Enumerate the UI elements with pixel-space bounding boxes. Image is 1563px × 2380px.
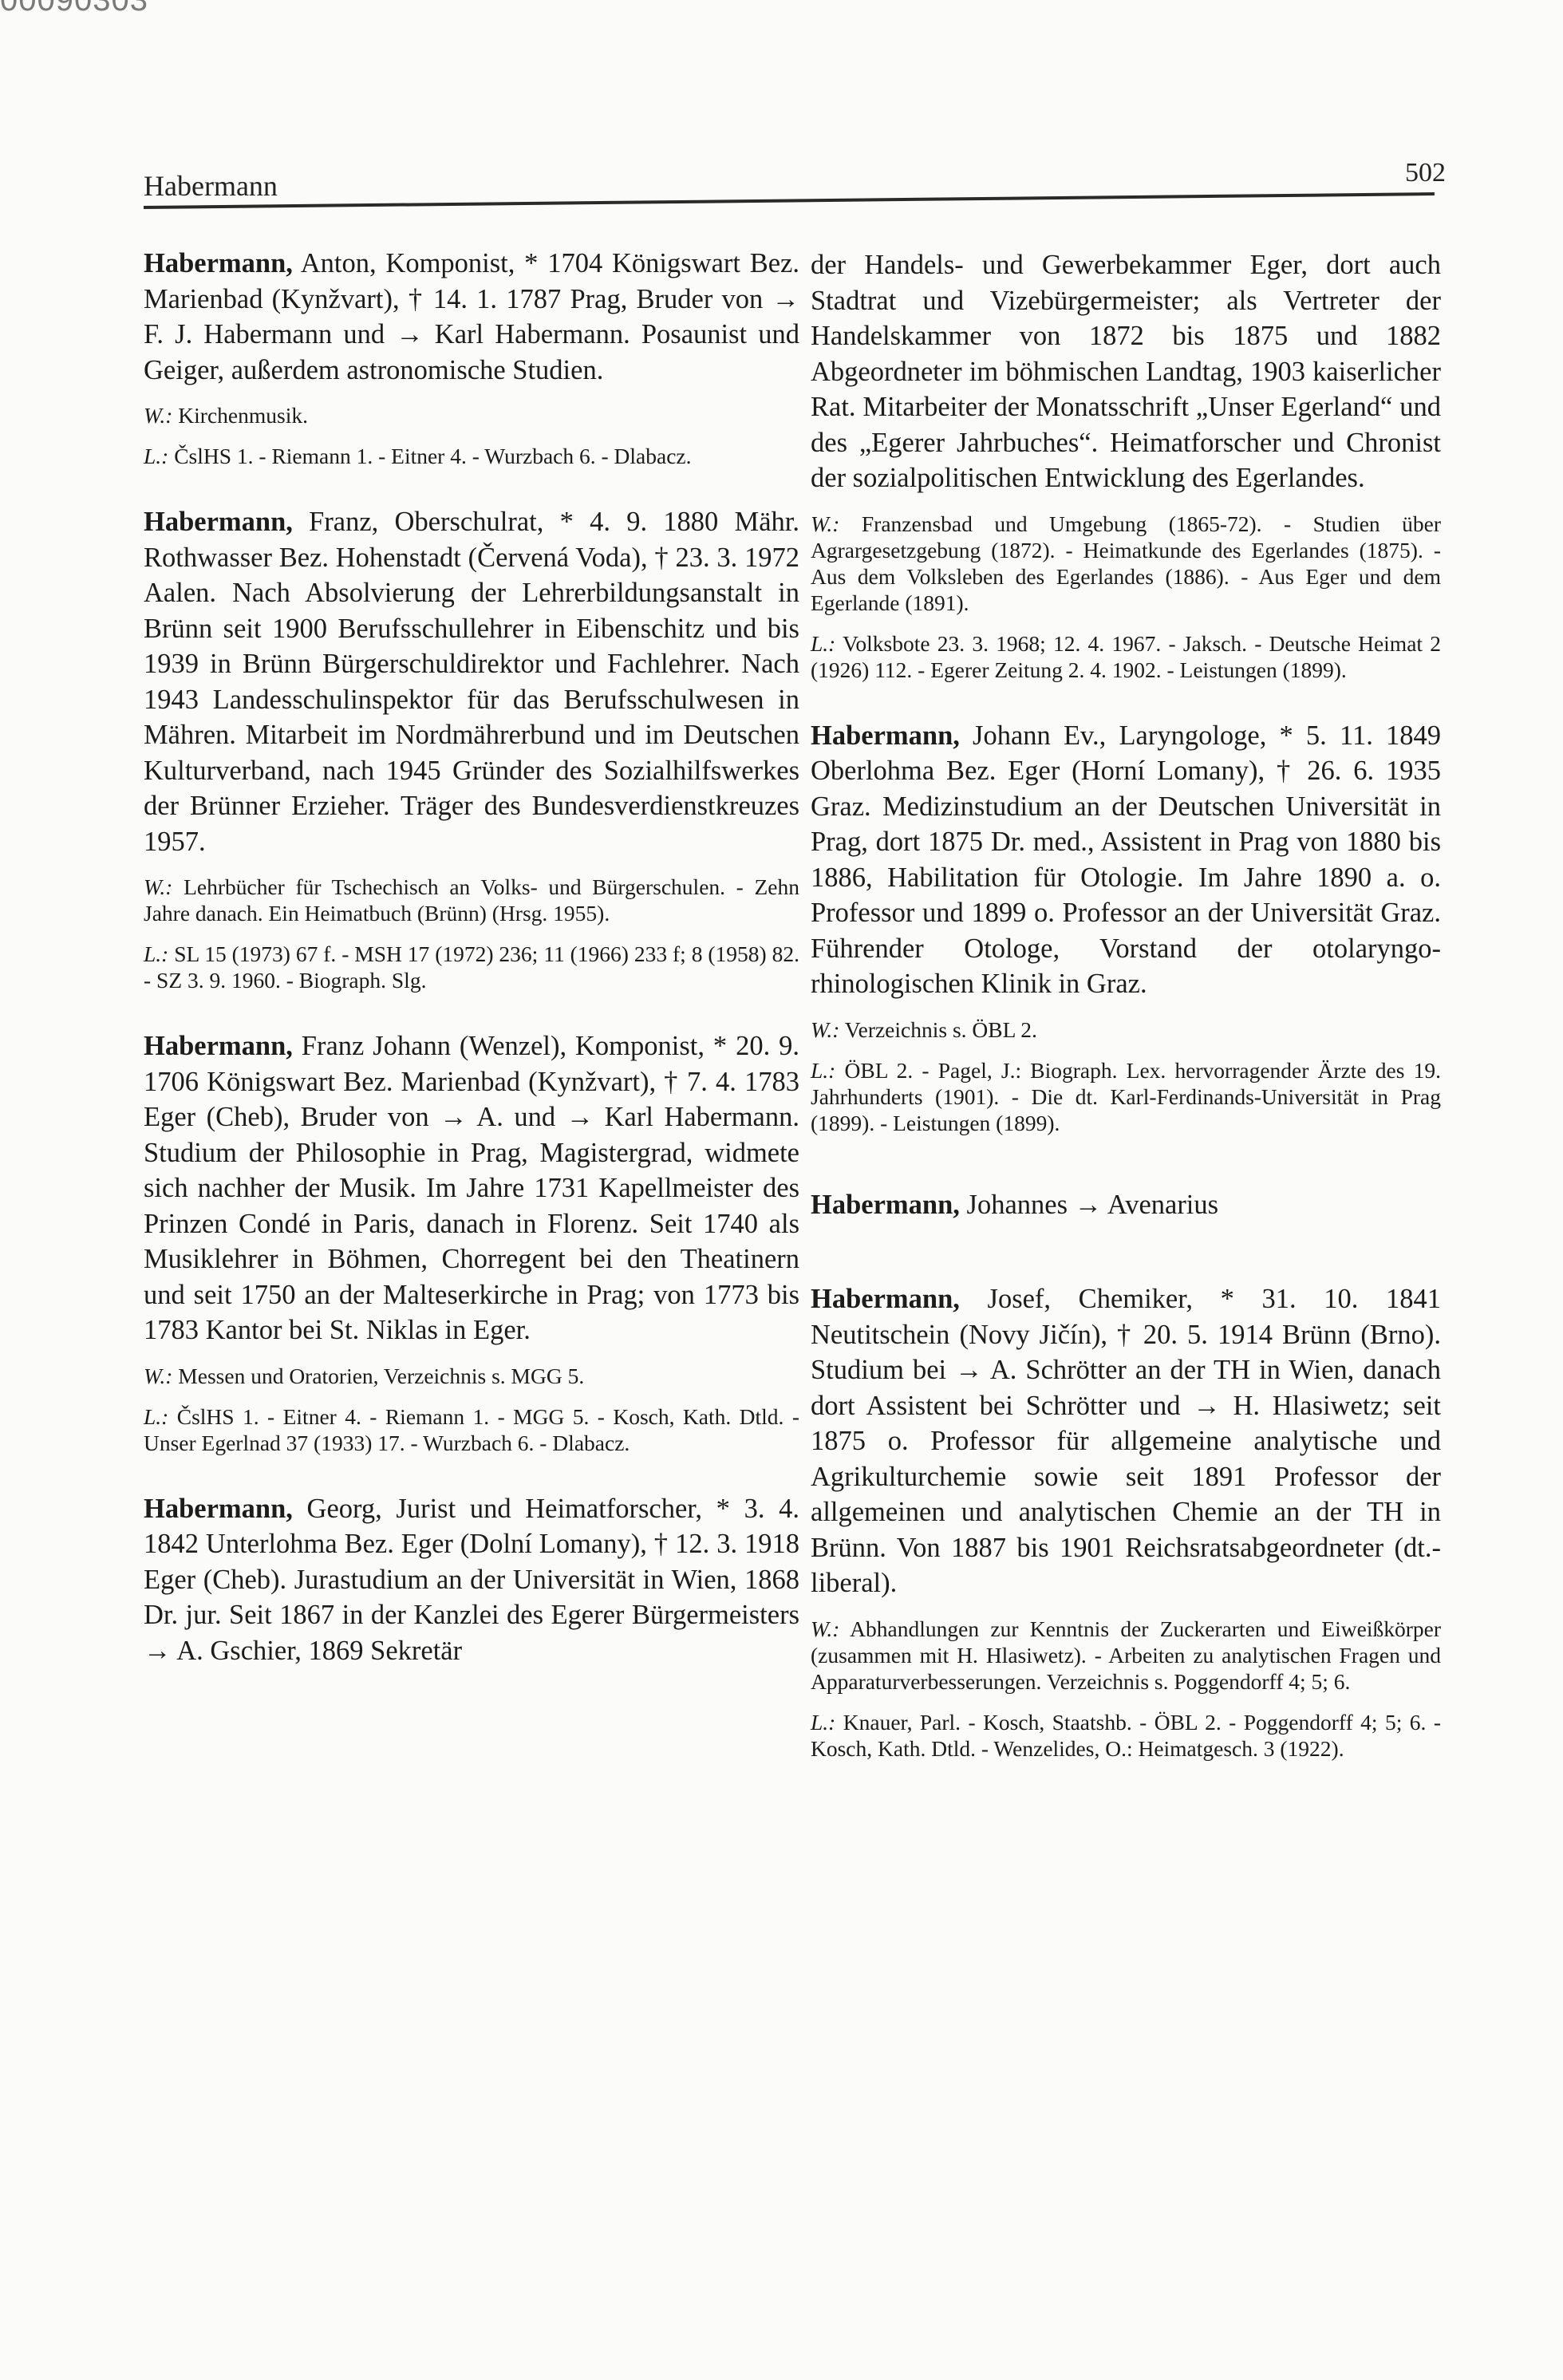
entry-body: Habermann, Franz Johann (Wenzel), Kompon… <box>144 1028 799 1348</box>
scan-id-stamp: 00090303 <box>0 0 148 18</box>
entry-headword: Habermann, <box>811 1284 960 1314</box>
literature-text: ČslHS 1. - Eitner 4. - Riemann 1. - MGG … <box>144 1404 799 1455</box>
entry-body: Habermann, Franz, Oberschulrat, * 4. 9. … <box>144 504 799 859</box>
entry-johann-ev: Habermann, Johann Ev., Laryngologe, * 5.… <box>811 718 1441 1136</box>
works-label: W.: <box>811 1017 839 1042</box>
entry-text: Josef, Chemiker, * 31. 10. 1841 Neutitsc… <box>811 1284 1441 1598</box>
entry-body: Habermann, Josef, Chemiker, * 31. 10. 18… <box>811 1281 1441 1601</box>
entry-text: Franz Johann (Wenzel), Komponist, * 20. … <box>144 1031 799 1345</box>
left-column: Habermann, Anton, Komponist, * 1704 Köni… <box>144 246 799 1703</box>
works-label: W.: <box>811 511 839 536</box>
entry-georg-continued: der Handels- und Gewerbekammer Eger, dor… <box>811 247 1441 683</box>
entry-text: Franz, Oberschulrat, * 4. 9. 1880 Mähr. … <box>144 507 799 857</box>
entry-josef: Habermann, Josef, Chemiker, * 31. 10. 18… <box>811 1281 1441 1762</box>
entry-headword: Habermann, <box>811 720 960 751</box>
entry-anton: Habermann, Anton, Komponist, * 1704 Köni… <box>144 246 799 469</box>
literature-note: L.: Volksbote 23. 3. 1968; 12. 4. 1967. … <box>811 630 1441 683</box>
literature-text: Volksbote 23. 3. 1968; 12. 4. 1967. - Ja… <box>811 631 1441 682</box>
works-text: Franzensbad und Umgebung (1865-72). - St… <box>811 511 1441 615</box>
literature-text: ČslHS 1. - Riemann 1. - Eitner 4. - Wurz… <box>168 444 691 468</box>
works-text: Abhandlungen zur Kenntnis der Zuckerarte… <box>811 1616 1441 1694</box>
entry-body: Habermann, Anton, Komponist, * 1704 Köni… <box>144 246 799 388</box>
works-text: Kirchenmusik. <box>172 403 308 428</box>
works-note: W.: Verzeichnis s. ÖBL 2. <box>811 1016 1441 1043</box>
entry-johannes-cross-reference: Habermann, Johannes → Avenarius <box>811 1187 1441 1223</box>
works-label: W.: <box>811 1616 839 1641</box>
literature-label: L.: <box>811 631 835 656</box>
right-column: der Handels- und Gewerbekammer Eger, dor… <box>811 247 1441 1797</box>
works-note: W.: Abhandlungen zur Kenntnis der Zucker… <box>811 1616 1441 1695</box>
entry-franz: Habermann, Franz, Oberschulrat, * 4. 9. … <box>144 504 799 993</box>
header-rule <box>144 192 1435 209</box>
works-label: W.: <box>144 403 172 428</box>
entry-headword: Habermann, <box>144 1494 293 1524</box>
entry-body: Habermann, Johannes → Avenarius <box>811 1187 1441 1223</box>
literature-label: L.: <box>811 1058 835 1083</box>
entry-text: Johann Ev., Laryngologe, * 5. 11. 1849 O… <box>811 720 1441 1000</box>
works-label: W.: <box>144 874 172 899</box>
works-note: W.: Franzensbad und Umgebung (1865-72). … <box>811 511 1441 616</box>
literature-text: Knauer, Parl. - Kosch, Staatshb. - ÖBL 2… <box>811 1710 1441 1761</box>
entry-body: der Handels- und Gewerbekammer Eger, dor… <box>811 247 1441 496</box>
works-text: Lehrbücher für Tschechisch an Volks- und… <box>144 874 799 926</box>
works-label: W.: <box>144 1364 172 1388</box>
entry-body: Habermann, Georg, Jurist und Heimatforsc… <box>144 1491 799 1669</box>
works-note: W.: Messen und Oratorien, Verzeichnis s.… <box>144 1363 799 1389</box>
entry-franz-johann: Habermann, Franz Johann (Wenzel), Kompon… <box>144 1028 799 1456</box>
literature-label: L.: <box>811 1710 835 1735</box>
literature-note: L.: ÖBL 2. - Pagel, J.: Biograph. Lex. h… <box>811 1057 1441 1136</box>
entry-georg: Habermann, Georg, Jurist und Heimatforsc… <box>144 1491 799 1669</box>
literature-label: L.: <box>144 1404 168 1429</box>
entry-headword: Habermann, <box>144 248 293 278</box>
running-head: Habermann <box>144 169 278 203</box>
works-text: Messen und Oratorien, Verzeichnis s. MGG… <box>172 1364 584 1388</box>
literature-label: L.: <box>144 444 168 468</box>
works-text: Verzeichnis s. ÖBL 2. <box>839 1017 1036 1042</box>
entry-headword: Habermann, <box>144 507 293 537</box>
cross-reference-link[interactable]: Johannes → Avenarius <box>960 1190 1218 1220</box>
literature-note: L.: SL 15 (1973) 67 f. - MSH 17 (1972) 2… <box>144 941 799 993</box>
entry-headword: Habermann, <box>144 1031 293 1061</box>
entry-body: Habermann, Johann Ev., Laryngologe, * 5.… <box>811 718 1441 1002</box>
page-number: 502 <box>1405 158 1446 188</box>
literature-text: SL 15 (1973) 67 f. - MSH 17 (1972) 236; … <box>144 941 799 993</box>
works-note: W.: Kirchenmusik. <box>144 402 799 428</box>
literature-text: ÖBL 2. - Pagel, J.: Biograph. Lex. hervo… <box>811 1058 1441 1135</box>
entry-headword: Habermann, <box>811 1190 960 1220</box>
literature-label: L.: <box>144 941 168 966</box>
literature-note: L.: Knauer, Parl. - Kosch, Staatshb. - Ö… <box>811 1709 1441 1762</box>
literature-note: L.: ČslHS 1. - Riemann 1. - Eitner 4. - … <box>144 443 799 469</box>
literature-note: L.: ČslHS 1. - Eitner 4. - Riemann 1. - … <box>144 1403 799 1456</box>
works-note: W.: Lehrbücher für Tschechisch an Volks-… <box>144 874 799 926</box>
